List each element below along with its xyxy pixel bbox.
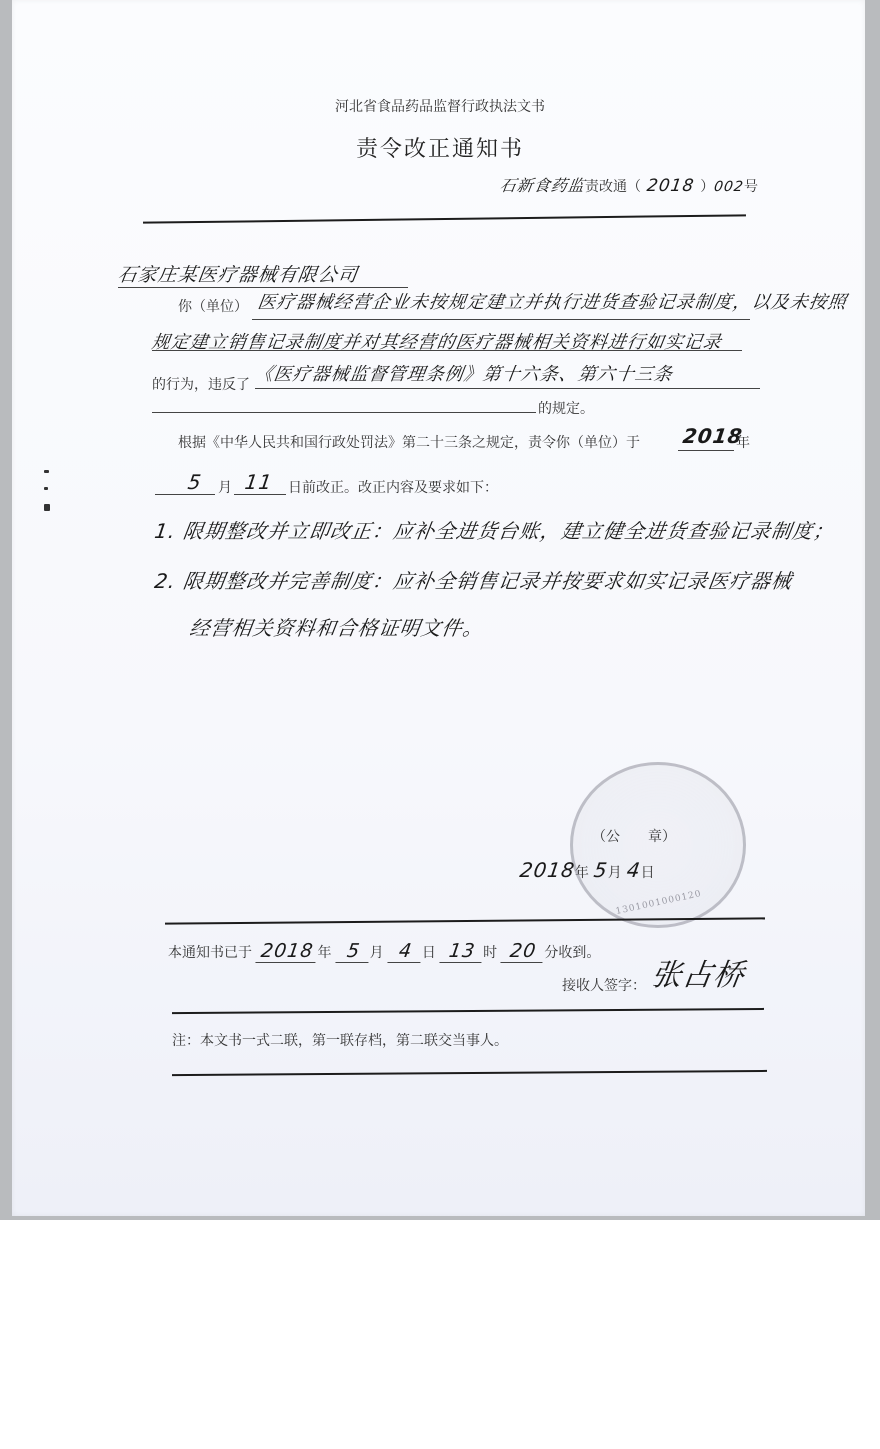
receipt-month: 5 <box>335 940 371 963</box>
agency-title: 河北省食品药品监督行政执法文书 <box>0 96 880 116</box>
requirement-3-text: 经营相关资料和合格证明文件。 <box>188 616 485 640</box>
deadline-year-underline <box>678 450 734 451</box>
deadline-month-underline <box>155 494 215 495</box>
issue-year: 2018 <box>518 858 576 882</box>
mark <box>44 470 49 473</box>
statute-underline <box>255 388 760 389</box>
statute-underline-2 <box>152 412 536 413</box>
receipt-year-label: 年 <box>317 945 331 961</box>
binding-marks <box>44 470 50 525</box>
issue-date: 2018年 5月 4日 <box>520 858 655 882</box>
deadline-year: 2018 <box>681 424 744 448</box>
violation-line-1: 医疗器械经营企业未按规定建立并执行进货查验记录制度，以及未按照 <box>256 288 849 314</box>
requirement-1-number: 1. <box>153 519 177 543</box>
document-title: 责令改正通知书 <box>0 132 880 163</box>
deadline-month-label: 月 <box>218 477 232 497</box>
receipt-year: 2018 <box>255 940 319 963</box>
receipt-line: 本通知书已于 2018年 5月 4日 13时 20分收到。 <box>168 940 600 963</box>
issue-month-label: 月 <box>608 865 622 881</box>
requirement-1-text: 限期整改并立即改正：应补全进货台账，建立健全进货查验记录制度； <box>182 519 836 543</box>
receipt-day: 4 <box>387 940 423 963</box>
order-basis: 根据《中华人民共和国行政处罚法》第二十三条之规定，责令你（单位）于 <box>178 432 640 452</box>
receipt-prefix: 本通知书已于 <box>168 945 252 961</box>
issue-year-label: 年 <box>575 865 589 881</box>
deadline-year-label: 年 <box>736 432 750 452</box>
deadline-day-underline <box>234 494 286 495</box>
footer-note: 注：本文书一式二联，第一联存档，第二联交当事人。 <box>172 1030 508 1050</box>
violation-underline-2 <box>152 350 742 351</box>
recipient-signature: 张占桥 <box>649 950 748 994</box>
document-number: 石新食药监责改通（2018）002号 <box>500 173 758 196</box>
receipt-hour-label: 时 <box>483 945 497 961</box>
doc-number-label: 责改通 <box>585 179 627 195</box>
receipt-month-label: 月 <box>370 945 384 961</box>
requirement-2-number: 2. <box>153 569 177 593</box>
violated-statute: 《医疗器械监督管理条例》第十六条、第六十三条 <box>253 360 675 386</box>
doc-number-value: 002 <box>713 179 745 195</box>
deadline-day-label: 日前改正。改正内容及要求如下： <box>288 477 498 497</box>
requirement-2-cont: 经营相关资料和合格证明文件。 <box>188 612 486 641</box>
issue-day-label: 日 <box>641 865 655 881</box>
doc-number-year: 2018 <box>640 176 702 196</box>
mark <box>44 504 50 511</box>
receipt-minute-label: 分收到。 <box>544 945 600 961</box>
doc-number-suffix: 号 <box>744 179 758 195</box>
seal-label: （公 章） <box>592 826 676 846</box>
violation-underline-1 <box>252 319 750 320</box>
mark <box>44 487 48 490</box>
requirement-2-text: 限期整改并完善制度：应补全销售记录并按要求如实记录医疗器械 <box>182 569 794 593</box>
deadline-day: 11 <box>243 470 274 494</box>
receipt-hour: 13 <box>439 940 484 963</box>
signature-label: 接收人签字： <box>562 975 646 995</box>
label-behavior: 的行为，违反了 <box>152 374 250 394</box>
requirement-2: 2. 限期整改并完善制度：应补全销售记录并按要求如实记录医疗器械 <box>153 565 795 594</box>
requirement-1: 1. 限期整改并立即改正：应补全进货台账，建立健全进货查验记录制度； <box>153 515 837 544</box>
label-provision: 的规定。 <box>538 398 594 418</box>
receipt-minute: 20 <box>501 940 546 963</box>
label-you-unit: 你（单位） <box>178 296 248 316</box>
doc-number-prefix: 石新食药监 <box>498 173 586 196</box>
addressee-name: 石家庄某医疗器械有限公司 <box>116 260 360 287</box>
receipt-day-label: 日 <box>422 945 436 961</box>
